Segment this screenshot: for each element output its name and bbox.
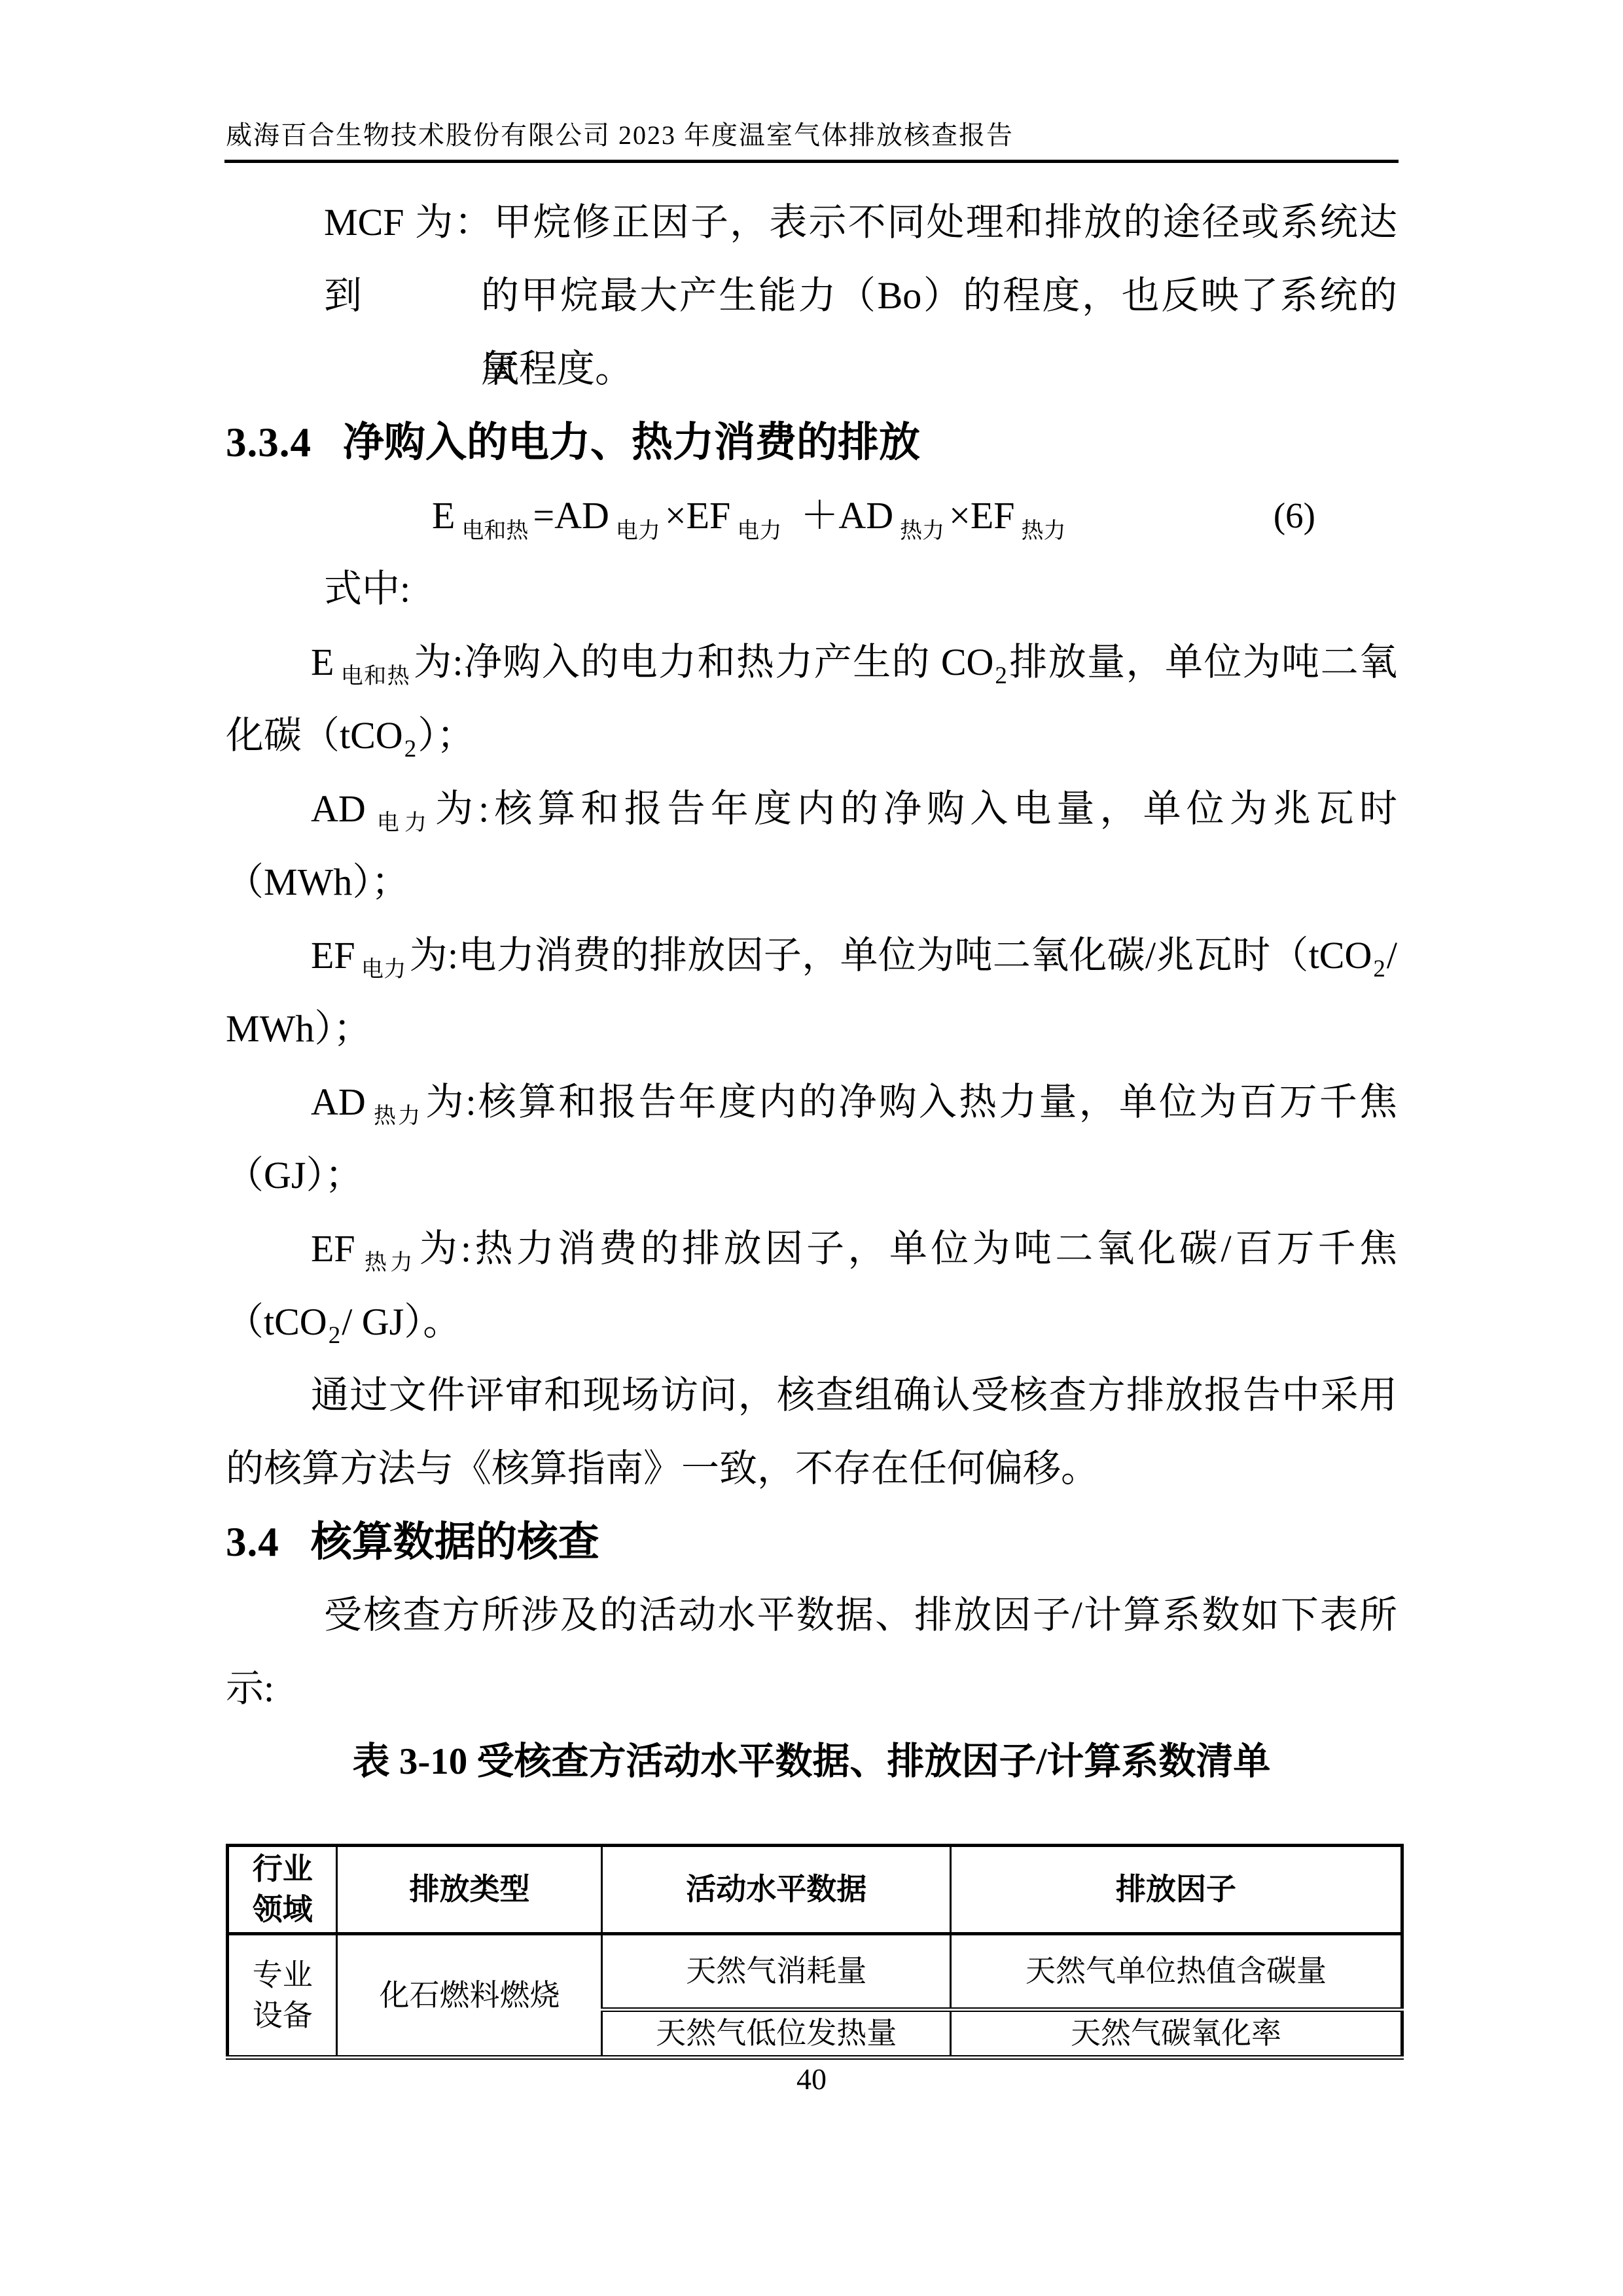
paragraph-data-intro-line1: 受核查方所涉及的活动水平数据、排放因子/计算系数如下表所 (324, 1579, 1397, 1652)
section-heading-3-3-4: 3.3.4净购入的电力、热力消费的排放 (226, 406, 1397, 479)
cell-emission-factor-1: 天然气单位热值含碳量 (950, 1934, 1402, 2010)
header-cell-emission-type: 排放类型 (337, 1846, 602, 1934)
table-header-row: 行业领域 排放类型 活动水平数据 排放因子 (228, 1846, 1402, 1934)
paragraph-ef-power-line2: MWh）； (226, 992, 1397, 1066)
cell-industry-field: 专业设备 (228, 1934, 337, 2058)
text-run: 为:电力消费的排放因子，单位为吨二氧化碳/兆瓦时（tCO (410, 934, 1372, 977)
header-text: 行业 (253, 1852, 313, 1886)
paragraph-ad-power-line1: AD电力为:核算和报告年度内的净购入电量，单位为兆瓦时 (311, 772, 1397, 846)
symbol-subscript: 电力 (372, 811, 432, 835)
data-table: 行业领域 排放类型 活动水平数据 排放因子 专业设备 化石燃料燃烧 天然气消耗量… (226, 1844, 1404, 2060)
formula-subscript: 热力 (1022, 519, 1066, 543)
chem-subscript: 2 (329, 1322, 341, 1349)
symbol: E (311, 641, 334, 683)
section-number: 3.3.4 (226, 420, 312, 465)
cell-emission-factor-2: 天然气碳氧化率 (950, 2010, 1402, 2058)
paragraph-mcf-line2: 的甲烷最大产生能力（Bo）的程度，也反映了系统的厌 (481, 259, 1397, 332)
page-number: 40 (0, 2062, 1623, 2096)
text-run: 为:净购入的电力和热力产生的 CO (414, 641, 993, 683)
cell-text: 设备 (253, 1999, 313, 2032)
paragraph-mcf-line1: MCF 为：甲烷修正因子，表示不同处理和排放的途径或系统达到 (324, 186, 1397, 259)
paragraph-ef-heat-line2: （tCO2/ GJ）。 (226, 1285, 1397, 1359)
cell-emission-type: 化石燃料燃烧 (337, 1934, 602, 2058)
chem-subscript: 2 (995, 662, 1007, 689)
formula-line: E电和热=AD电力×EF电力＋AD热力×EF热力 (6) (226, 479, 1397, 552)
cell-text: 专业 (253, 1958, 313, 1992)
section-number: 3.4 (226, 1519, 279, 1565)
formula-term: =AD (533, 494, 609, 537)
table-3-10: 行业领域 排放类型 活动水平数据 排放因子 专业设备 化石燃料燃烧 天然气消耗量… (226, 1844, 1404, 2060)
paragraph-ad-heat-line2: （GJ）； (226, 1139, 1397, 1212)
paragraph-ef-heat-line1: EF热力为:热力消费的排放因子，单位为吨二氧化碳/百万千焦 (311, 1212, 1397, 1285)
paragraph-verification-line2: 的核算方法与《核算指南》一致，不存在任何偏移。 (226, 1432, 1397, 1505)
formula-term: ×EF (665, 494, 730, 537)
symbol: AD (311, 1081, 366, 1123)
paragraph-e-heat-line2: 化碳（tCO2）； (226, 699, 1397, 772)
paragraph-shizhong: 式中: (324, 552, 1397, 626)
header-cell-emission-factor: 排放因子 (950, 1846, 1402, 1934)
formula-subscript: 电力 (737, 519, 781, 543)
formula-term: ×EF (949, 494, 1014, 537)
formula-subscript: 电和热 (461, 519, 528, 543)
chem-subscript: 2 (1373, 956, 1385, 982)
symbol-subscript: 电力 (361, 958, 406, 982)
symbol: AD (311, 787, 366, 830)
paragraph-ad-power-line2: （MWh）； (226, 846, 1397, 919)
document-page: 威海百合生物技术股份有限公司 2023 年度温室气体排放核查报告 MCF 为：甲… (0, 0, 1623, 2296)
chem-subscript: 2 (404, 736, 417, 762)
paragraph-e-heat-line1: E电和热为:净购入的电力和热力产生的 CO2排放量，单位为吨二氧 (311, 626, 1397, 699)
equation-number: (6) (1274, 479, 1315, 552)
text-run: 为:核算和报告年度内的净购入热力量，单位为百万千焦 (425, 1081, 1397, 1123)
cell-activity-data-1: 天然气消耗量 (602, 1934, 951, 2010)
symbol-subscript: 热力 (361, 1251, 416, 1275)
section-title: 核算数据的核查 (311, 1519, 599, 1565)
page-header-rule (224, 160, 1399, 163)
text-run: （tCO (226, 1300, 327, 1343)
formula-term: ＋AD (800, 494, 893, 537)
symbol-subscript: 热力 (372, 1104, 423, 1128)
text-run: 化碳（tCO (226, 714, 403, 757)
text-run: / (1387, 934, 1397, 977)
table-row: 专业设备 化石燃料燃烧 天然气消耗量 天然气单位热值含碳量 (228, 1934, 1402, 2010)
header-text: 领域 (253, 1893, 313, 1926)
paragraph-ad-heat-line1: AD热力为:核算和报告年度内的净购入热力量，单位为百万千焦 (311, 1066, 1397, 1139)
symbol-subscript: 电和热 (340, 664, 410, 689)
paragraph-data-intro-line2: 示: (226, 1652, 1397, 1725)
symbol: EF (311, 934, 355, 977)
document-body: MCF 为：甲烷修正因子，表示不同处理和排放的途径或系统达到 的甲烷最大产生能力… (226, 186, 1397, 1799)
paragraph-mcf-line3: 氧程度。 (481, 332, 1397, 406)
formula-term: E (432, 494, 455, 537)
paragraph-ef-power-line1: EF电力为:电力消费的排放因子，单位为吨二氧化碳/兆瓦时（tCO2/ (311, 919, 1397, 992)
header-cell-activity-data: 活动水平数据 (602, 1846, 951, 1934)
text-run: 排放量，单位为吨二氧 (1008, 641, 1397, 683)
page-header-title: 威海百合生物技术股份有限公司 2023 年度温室气体排放核查报告 (226, 120, 1399, 151)
paragraph-verification-line1: 通过文件评审和现场访问，核查组确认受核查方排放报告中采用 (311, 1359, 1397, 1432)
formula-subscript: 热力 (900, 519, 944, 543)
text-run: 为:核算和报告年度内的净购入电量，单位为兆瓦时 (435, 787, 1397, 830)
text-run: 为:热力消费的排放因子，单位为吨二氧化碳/百万千焦 (419, 1227, 1397, 1270)
header-cell-industry: 行业领域 (228, 1846, 337, 1934)
symbol: EF (311, 1227, 355, 1270)
section-heading-3-4: 3.4核算数据的核查 (226, 1505, 1397, 1579)
table-caption: 表 3-10 受核查方活动水平数据、排放因子/计算系数清单 (226, 1725, 1397, 1799)
text-run: / GJ）。 (342, 1300, 461, 1343)
section-title: 净购入的电力、热力消费的排放 (343, 420, 920, 465)
formula-expression: E电和热=AD电力×EF电力＋AD热力×EF热力 (432, 494, 1071, 537)
formula-subscript: 电力 (616, 519, 660, 543)
text-run: ）； (418, 714, 474, 757)
cell-activity-data-2: 天然气低位发热量 (602, 2010, 951, 2058)
